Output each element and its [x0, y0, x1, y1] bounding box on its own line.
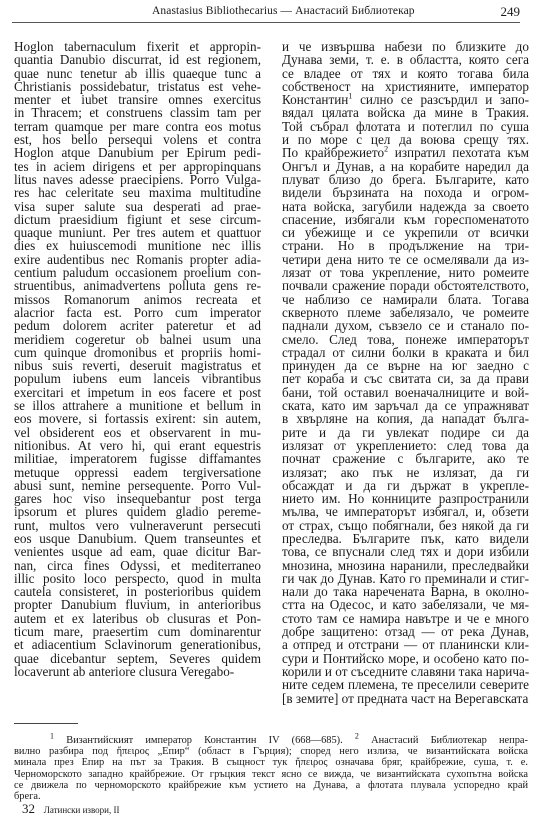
text-line: Той събрал флотата и потеглил по суша [282, 120, 529, 133]
text-line: почнат сражение с българите, ако те [282, 452, 529, 465]
text-line: паднали духом, съвзело се и станало по- [282, 319, 529, 332]
text-line: illic posito loco perspecto, quod in mul… [14, 572, 261, 585]
text-line: ги чак до Дунав. Като го преминали и сти… [282, 572, 529, 585]
text-line: eos movere, si fortassis exirent: sin au… [14, 412, 261, 425]
text-line: quae nunc tenetur ab illis quaeque tunc … [14, 67, 261, 80]
text-line: nitionibus. At vero hi, qui erant equest… [14, 439, 261, 452]
text-line: ската, като им заръчал да се упражняват [282, 399, 529, 412]
text-line: страдал от силни болки в краката и бил [282, 346, 529, 359]
text-line: res hac celeritate seu maxima multitudin… [14, 186, 261, 199]
text-line: eos usque Danubium. Quem transeuntes et [14, 532, 261, 545]
text-line: ните седем племена, те преселили северит… [282, 678, 529, 691]
footnote-marker: 1 [50, 732, 54, 741]
text-line: abusi sunt, nemine persequente. Porro Vu… [14, 479, 261, 492]
header-rule [12, 22, 520, 23]
text-line: си убежище и се укрепили от всички [282, 226, 529, 239]
text-line: страни. Но в продължение на три- [282, 239, 529, 252]
text-line: cautela consisteret, in posterioribus qu… [14, 585, 261, 598]
text-line: смело. След това, понеже императорът [282, 333, 529, 346]
text-line: [в земите] от предната част на Верегавск… [282, 692, 529, 705]
text-line: стото там се намира навътре и че е много [282, 612, 529, 625]
text-line: от страх, също побягнали, без някой да г… [282, 519, 529, 532]
text-line: ticum mare, praesertim cum dominarentur [14, 625, 261, 638]
text-line: лязат от това укрепление, нито ромеите [282, 266, 529, 279]
text-line: пет кораба и със свитата си, за да прави [282, 372, 529, 385]
text-line: quaque muniunt. Per tres autem et quattu… [14, 226, 261, 239]
text-line: menter et iubet transire omnes exercitus [14, 93, 261, 106]
text-line: vel obsiderent eos et observarent in mu- [14, 426, 261, 439]
text-line: спасение, избягали към гореспоменатото [282, 213, 529, 226]
text-line: това, се впуснали след тях и дори избили [282, 545, 529, 558]
text-line: корили и от съседните славяни така нарич… [282, 665, 529, 678]
text-line: Константин1 силно се разсърдил и запо- [282, 93, 529, 106]
text-line: Онгъл и Дунав, а на корабите наредил да [282, 160, 529, 173]
footnote-line: 1 Византийският император Константин IV … [14, 735, 528, 746]
text-line: struentibus, animadvertens polluta gens … [14, 279, 261, 292]
footnote-line: се движела по черноморското крайбрежие к… [14, 780, 528, 791]
text-line: се владее от тях и която тогава била [282, 67, 529, 80]
text-line: meridiem cogeretur ob balnei usum una [14, 333, 261, 346]
text-line: излязат от укреплението: след това да [282, 439, 529, 452]
text-line: преследва. Българите пък, като видели [282, 532, 529, 545]
text-line: dies ex huiuscemodi munitione nec illis [14, 239, 261, 252]
footnote-marker: 2 [384, 145, 388, 154]
text-line: populum iubens eum lanceis vibrantibus [14, 372, 261, 385]
text-line: ipsorum et plures quidem gladio pereme- [14, 505, 261, 518]
footnote-marker: 1 [348, 92, 352, 101]
text-line: visa super salute sua desperati ad prae- [14, 200, 261, 213]
text-line: По крайбрежието2 изпратил пехотата към [282, 146, 529, 159]
text-line: tes in aciem dirigens et per appropinqua… [14, 160, 261, 173]
text-line: Hoglon tabernaculum fixerit et appropin- [14, 40, 261, 53]
footnotes: 1 Византийският император Константин IV … [14, 735, 528, 802]
text-line: мълва, че императорът избягал, и, обзети [282, 505, 529, 518]
text-line: et adiacentium Sclavinorum generationibu… [14, 638, 261, 651]
text-line: militiae, imperatorem fugisse diffamante… [14, 452, 261, 465]
text-line: рите и да ги увлекат подире си да [282, 426, 529, 439]
text-line: че наблизо се намирали блата. Тогава [282, 293, 529, 306]
text-line: pedum dolorem acriter pateretur et ad [14, 319, 261, 332]
footnote-marker: 2 [355, 732, 359, 741]
footnote-line: вилно разбира под ἤπειρος „Епир“ (област… [14, 746, 528, 757]
text-line: обсаждат и да ги държат в укрепле- [282, 479, 529, 492]
text-line: metuque oppressi eadem tergiversatione [14, 466, 261, 479]
text-line: сури и Понтийско море, и особено като по… [282, 652, 529, 665]
text-line: плуват близо до брега. Българите, като [282, 173, 529, 186]
text-line: мнозина, мнозина наранили, преследвайки [282, 559, 529, 572]
text-line: in Thracem; et construens classim tam pe… [14, 106, 261, 119]
text-line: terram quamque per mare contra eos motus [14, 120, 261, 133]
text-line: почвали сражение поради обстоятелството, [282, 279, 529, 292]
text-line: est, hos bello persequi volens et contra [14, 133, 261, 146]
text-line: locaverunt ab anteriore clusura Veregabo… [14, 665, 261, 678]
text-line: видели бързината на похода и огром- [282, 186, 529, 199]
text-line: dictum praesidium figiunt et sese circum… [14, 213, 261, 226]
bulgarian-translation-column: и че извършва набези по близките доДунав… [282, 40, 529, 705]
text-line: quantia Danubio discurrat, id est region… [14, 53, 261, 66]
text-line: принуден да се върне на юг заедно с [282, 359, 529, 372]
text-line: Дунава земи, т. е. в областта, която сег… [282, 53, 529, 66]
text-line: нието им. Но конниците разпространили [282, 492, 529, 505]
text-line: nan, circa fines Odyssi, et mediterraneo [14, 559, 261, 572]
text-line: ната войска, загубили надежда за своето [282, 200, 529, 213]
text-line: alacrior facta est. Porro cum imperator [14, 306, 261, 319]
text-line: а отпред и отстрани — от планински кли- [282, 638, 529, 651]
text-line: nibus suis reverti, deseruit magistratus… [14, 359, 261, 372]
text-line: Hoglon atque Danubium per Epirum pedi- [14, 146, 261, 159]
text-line: gares hoc viso insequebantur post terga [14, 492, 261, 505]
text-line: litus naves adesse praecipiens. Porro Vu… [14, 173, 261, 186]
footnote-line: минала през Епир на път за Тракия. В същ… [14, 757, 528, 768]
text-line: в хвърляне на копия, да нападат бълга- [282, 412, 529, 425]
text-line: cum quinque dromonibus et propriis homi- [14, 346, 261, 359]
page-number: 249 [501, 4, 521, 20]
text-line: вядал цялата войска да мине в Тракия. [282, 106, 529, 119]
text-line: runt, multos vero vulneraverunt persecut… [14, 519, 261, 532]
text-line: quae dicebantur septem, Severes quidem [14, 652, 261, 665]
text-line: autem et ex lateribus ob clusuras et Pon… [14, 612, 261, 625]
running-title: Anastasius Bibliothecarius — Анастасий Б… [152, 5, 415, 17]
text-line: exire audentibus nec Romanis propter adi… [14, 253, 261, 266]
text-line: centium paludum occasionem proelium con- [14, 266, 261, 279]
text-line: missos Romanorum animos recreata et [14, 293, 261, 306]
printer-signature: 32 Латински извори, II [22, 801, 120, 817]
text-line: Christianis possidebatur, tristatus est … [14, 80, 261, 93]
signature-number: 32 [22, 801, 35, 816]
text-line: exercitari et impetum in eos facere et p… [14, 386, 261, 399]
text-line: четири дена нито те се осмелявали да из- [282, 253, 529, 266]
text-line: se illos attrahere a munitione et bellum… [14, 399, 261, 412]
text-line: venientes usque ad eam, quae dicitur Bar… [14, 545, 261, 558]
text-line: propter Danubium fluvium, in anterioribu… [14, 598, 261, 611]
latin-text-column: Hoglon tabernaculum fixerit et appropin-… [14, 40, 261, 678]
text-line: скверното племе забелязало, че ромеите [282, 306, 529, 319]
footnote-separator [14, 723, 78, 724]
text-line: излязат; ако пък не излязат, да ги [282, 466, 529, 479]
text-line: стта на Одесос, и като забелязали, че мя… [282, 598, 529, 611]
text-line: добре защитено: отзад — от река Дунав, [282, 625, 529, 638]
footnote-line: Черноморското западно крайбрежие. От гръ… [14, 769, 528, 780]
text-line: нали до така наречената Варна, в околно- [282, 585, 529, 598]
text-line: бани, той оставил военачалниците и вой- [282, 386, 529, 399]
text-line: и че извършва набези по близките до [282, 40, 529, 53]
page-header: Anastasius Bibliothecarius — Анастасий Б… [12, 0, 520, 16]
signature-text: Латински извори, II [44, 805, 120, 815]
